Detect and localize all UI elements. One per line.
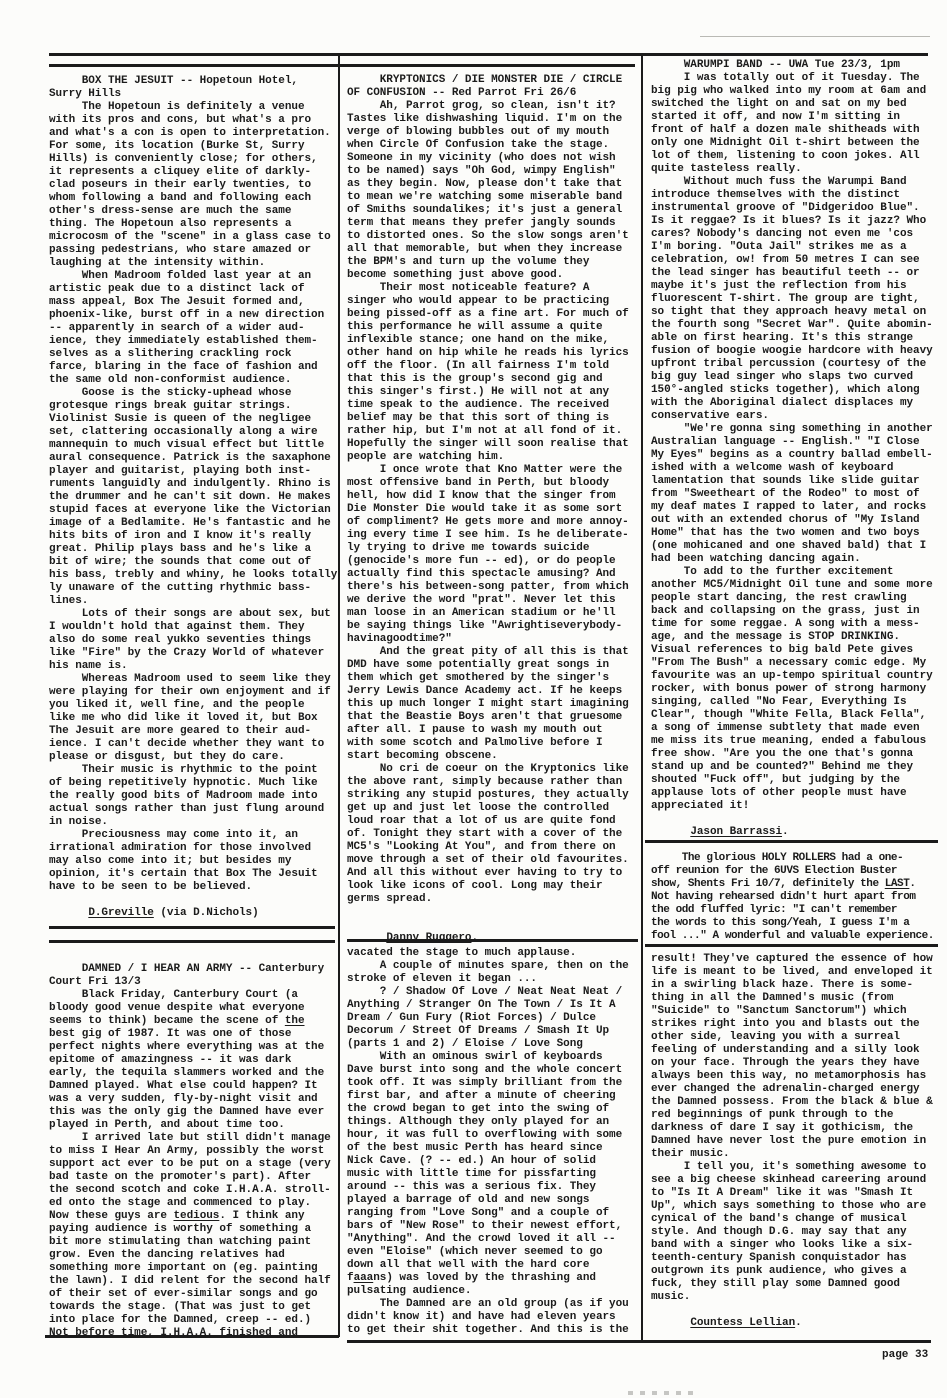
article-damned-column-2: vacated the stage to much applause. A co…	[347, 947, 638, 1337]
top-rule-columns-1-2	[49, 64, 635, 67]
page-number: page 33	[882, 1348, 928, 1362]
scan-artifact-line	[700, 36, 930, 37]
column3-holy-rollers-bottom-rule	[645, 944, 938, 947]
note-holy-rollers: The glorious HOLY ROLLERS had a one- off…	[651, 852, 938, 943]
column3-holy-rollers-top-rule	[645, 840, 938, 843]
article-kryptonics-die-monster-die: KRYPTONICS / DIE MONSTER DIE / CIRCLE OF…	[347, 74, 638, 945]
scan-smudge	[628, 1391, 700, 1395]
article-damned-column-3: result! They've captured the essence of …	[651, 953, 938, 1330]
column1-end-rule-upper	[49, 926, 335, 929]
article-box-the-jesuit: BOX THE JESUIT -- Hopetoun Hotel, Surry …	[49, 75, 339, 920]
bottom-rule-left-column	[45, 1335, 339, 1338]
column-divider-right	[641, 53, 643, 1343]
column1-end-rule-lower	[49, 940, 335, 943]
article-warumpi-band: WARUMPI BAND -- UWA Tue 23/3, 1pm I was …	[651, 59, 938, 839]
top-rule-full-width	[49, 53, 928, 56]
bottom-rule-mid-right	[347, 1340, 931, 1343]
article-damned-column-1: DAMNED / I HEAR AN ARMY -- Canterbury Co…	[49, 963, 339, 1340]
zine-page: BOX THE JESUIT -- Hopetoun Hotel, Surry …	[0, 0, 947, 1398]
column2-end-rule	[347, 939, 638, 942]
